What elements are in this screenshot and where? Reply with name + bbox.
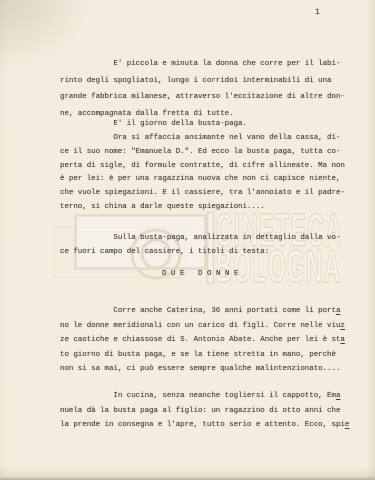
document-page: CINETECA BOLOGNA 1 E' piccola e minuta l…: [0, 0, 375, 480]
text-line: che vuole spiegazioni. E il cassiere, tr…: [60, 187, 345, 201]
paragraph: In cucina, senza neanche togliersi il ca…: [60, 389, 349, 433]
text-line: ze caotiche e chiassose di S. Antonio Ab…: [60, 333, 345, 348]
page-number: 1: [315, 8, 320, 17]
text-line: terno, si china a darle queste spiegazio…: [60, 201, 345, 215]
text-line: ce fuori campo del cassiere, i titoli di…: [60, 245, 340, 259]
text-line: In cucina, senza neanche togliersi il ca…: [60, 389, 349, 404]
text-line: Ora si affaccia ansimante nel vano della…: [60, 132, 345, 146]
text-line: perta di sigle, di formule contratte, di…: [60, 160, 345, 174]
text-line: Sulla busta-paga, analizzata in dettagli…: [60, 231, 340, 245]
paragraph: E' il giorno della busta-paga.: [60, 117, 247, 132]
text-line: no le donne meridionali con un carico di…: [60, 319, 345, 334]
text-line: è per lei: è per una ragazzina nuova che…: [60, 173, 345, 187]
paragraph: Corre anche Caterina, 36 anni portati co…: [60, 304, 345, 377]
text-line: E' il giorno della busta-paga.: [60, 117, 247, 132]
paragraph: Sulla busta-paga, analizzata in dettagli…: [60, 231, 340, 259]
text-line: non si sa mai, ci può essere sempre qual…: [60, 362, 345, 377]
text-line: nuela dà la busta paga al figlio: un rag…: [60, 404, 349, 419]
text-line: ce il suo nome: "Emanuela D.". Ed ecco l…: [60, 146, 345, 160]
text-line: E' piccola e minuta la donna che corre p…: [60, 56, 345, 73]
text-line: to giorno di busta paga, e se la tiene s…: [60, 348, 345, 363]
paragraph: E' piccola e minuta la donna che corre p…: [60, 56, 345, 122]
text-line: la prende in consegna e l'apre, tutto se…: [60, 418, 349, 433]
paragraph: Ora si affaccia ansimante nel vano della…: [60, 132, 345, 215]
text-line: Corre anche Caterina, 36 anni portati co…: [60, 304, 345, 319]
text-line: grande fabbrica milanese, attraverso l'e…: [60, 89, 345, 106]
section-title: D U E D O N N E: [162, 270, 239, 278]
text-line: rinto degli spogliatoi, lungo i corridoi…: [60, 73, 345, 90]
